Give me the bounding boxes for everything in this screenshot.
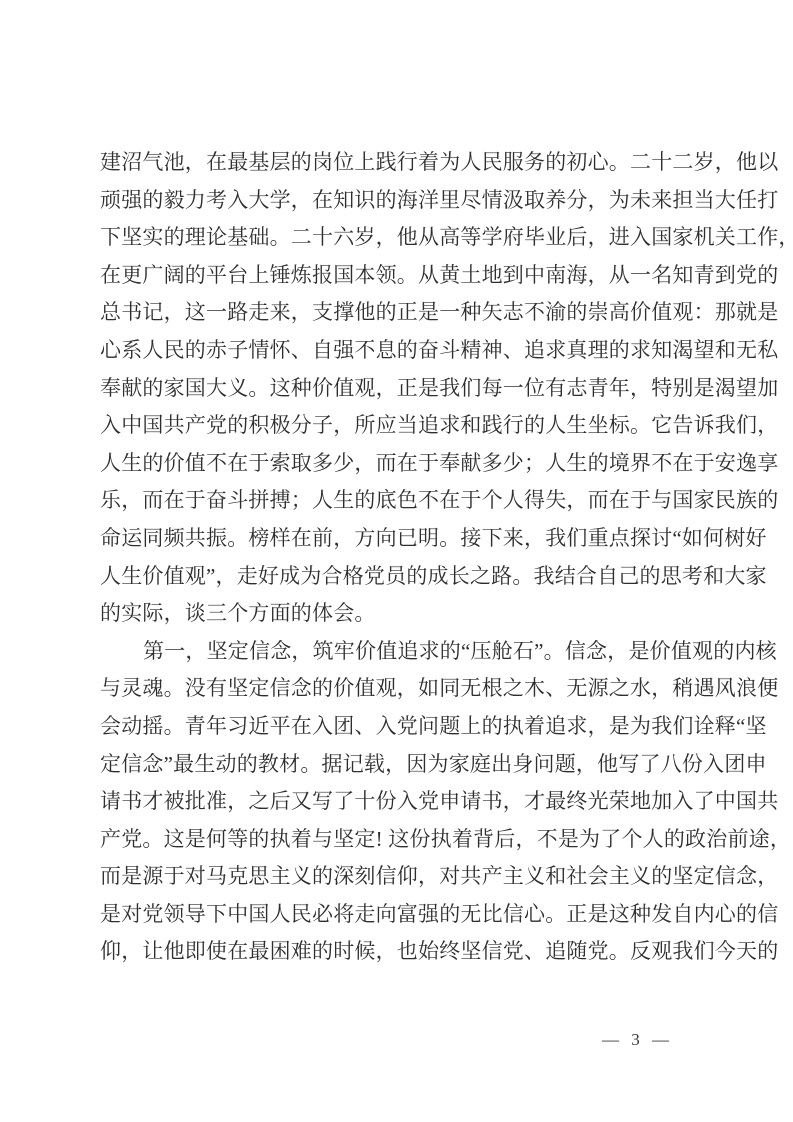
text-line: 会动摇。青年习近平在入团、入党问题上的执着追求，是为我们诠释“坚 xyxy=(100,708,696,746)
text-line: 而是源于对马克思主义的深刻信仰，对共产主义和社会主义的坚定信念， xyxy=(100,858,696,896)
text-line: 总书记，这一路走来，支撑他的正是一种矢志不渝的崇高价值观：那就是 xyxy=(100,294,696,332)
text-line: 命运同频共振。榜样在前，方向已明。接下来，我们重点探讨“如何树好 xyxy=(100,520,696,558)
text-line: 顽强的毅力考入大学，在知识的海洋里尽情汲取养分，为未来担当大任打 xyxy=(100,182,696,220)
text-line: 产党。这是何等的执着与坚定! 这份执着背后，不是为了个人的政治前途， xyxy=(100,821,696,859)
text-line: 请书才被批准，之后又写了十份入党申请书，才最终光荣地加入了中国共 xyxy=(100,783,696,821)
text-line: 是对党领导下中国人民必将走向富强的无比信心。正是这种发自内心的信 xyxy=(100,896,696,934)
text-line: 人生价值观”，走好成为合格党员的成长之路。我结合自己的思考和大家 xyxy=(100,558,696,596)
text-line: 在更广阔的平台上锤炼报国本领。从黄土地到中南海，从一名知青到党的 xyxy=(100,257,696,295)
text-line: 心系人民的赤子情怀、自强不息的奋斗精神、追求真理的求知渴望和无私 xyxy=(100,332,696,370)
text-line: 建沼气池，在最基层的岗位上践行着为人民服务的初心。二十二岁，他以 xyxy=(100,144,696,182)
text-line: 与灵魂。没有坚定信念的价值观，如同无根之木、无源之水，稍遇风浪便 xyxy=(100,670,696,708)
document-page: 建沼气池，在最基层的岗位上践行着为人民服务的初心。二十二岁，他以 顽强的毅力考入… xyxy=(0,0,793,1122)
text-line: 仰，让他即使在最困难的时候，也始终坚信党、追随党。反观我们今天的 xyxy=(100,933,696,971)
body-text-block: 建沼气池，在最基层的岗位上践行着为人民服务的初心。二十二岁，他以 顽强的毅力考入… xyxy=(100,144,696,971)
page-number: — 3 — xyxy=(602,1030,673,1050)
text-line-paragraph-start: 第一，坚定信念，筑牢价值追求的“压舱石”。信念，是价值观的内核 xyxy=(100,633,696,671)
text-line: 定信念”最生动的教材。据记载，因为家庭出身问题，他写了八份入团申 xyxy=(100,746,696,784)
text-line: 下坚实的理论基础。二十六岁，他从高等学府毕业后，进入国家机关工作， xyxy=(100,219,696,257)
text-line: 人生的价值不在于索取多少，而在于奉献多少；人生的境界不在于安逸享 xyxy=(100,445,696,483)
text-line: 乐，而在于奋斗拼搏；人生的底色不在于个人得失，而在于与国家民族的 xyxy=(100,482,696,520)
text-line: 入中国共产党的积极分子，所应当追求和践行的人生坐标。它告诉我们， xyxy=(100,407,696,445)
text-line-paragraph-end: 的实际，谈三个方面的体会。 xyxy=(100,595,696,633)
text-line: 奉献的家国大义。这种价值观，正是我们每一位有志青年，特别是渴望加 xyxy=(100,370,696,408)
